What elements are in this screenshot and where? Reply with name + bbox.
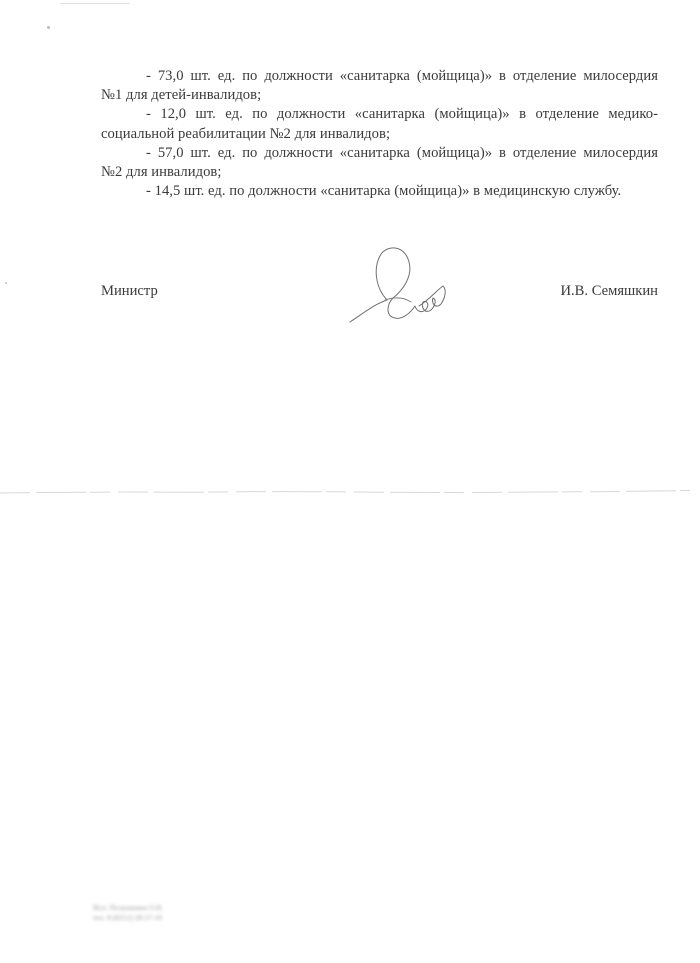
- list-item-3-line-1: - 57,0 шт. ед. по должности «санитарка (…: [101, 144, 658, 163]
- document-body: - 73,0 шт. ед. по должности «санитарка (…: [101, 67, 658, 201]
- list-item-1-line-1: - 73,0 шт. ед. по должности «санитарка (…: [101, 67, 658, 86]
- scan-speck: [5, 282, 7, 284]
- list-item-1-line-2: №1 для детей-инвалидов;: [101, 86, 658, 105]
- executor-name: Исп. Полушкина О.Н.: [93, 903, 163, 913]
- scan-fold-line: [0, 489, 700, 495]
- list-item-2-line-1: - 12,0 шт. ед. по должности «санитарка (…: [101, 105, 658, 124]
- handwritten-signature: [345, 242, 455, 327]
- scan-artifact: [60, 3, 130, 4]
- list-item-2-line-2: социальной реабилитации №2 для инвалидов…: [101, 125, 658, 144]
- executor-phone: тел. 8 (8212) 28-57-16: [93, 913, 163, 923]
- executor-note: Исп. Полушкина О.Н. тел. 8 (8212) 28-57-…: [93, 903, 163, 923]
- signer-name: И.В. Семяшкин: [560, 283, 658, 300]
- document-page: - 73,0 шт. ед. по должности «санитарка (…: [0, 0, 700, 963]
- signer-position: Министр: [101, 283, 158, 300]
- scan-speck: [47, 26, 50, 29]
- list-item-3-line-2: №2 для инвалидов;: [101, 163, 658, 182]
- list-item-4-line-1: - 14,5 шт. ед. по должности «санитарка (…: [101, 182, 658, 201]
